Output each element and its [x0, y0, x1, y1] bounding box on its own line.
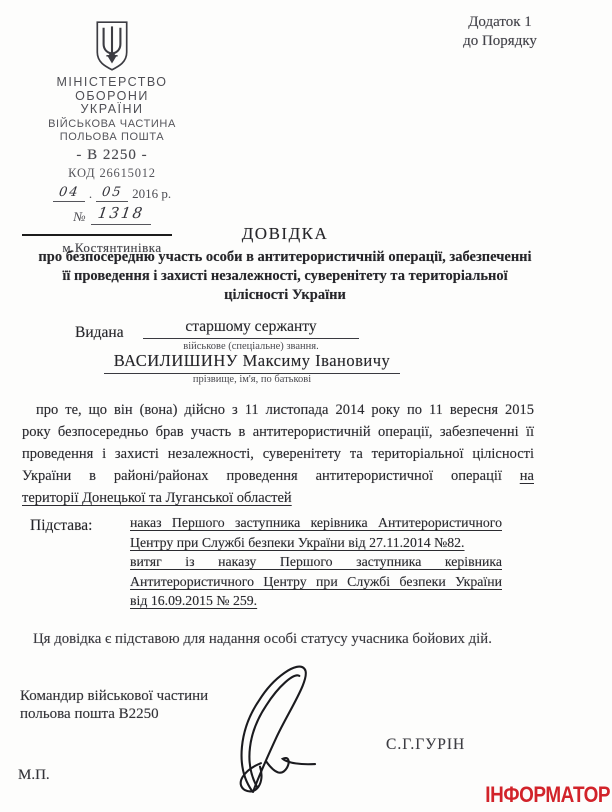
commander-position: Командир військової частини польова пошт…: [20, 688, 208, 723]
basis-line-4: Антитерористичного Центру при Службі без…: [130, 572, 502, 592]
scanned-certificate-document: Додаток 1 до Порядку МІНІСТЕРСТВО ОБОРОН…: [0, 0, 612, 812]
title-subtitle-line-1: про безпосередню участь особи в антитеро…: [4, 248, 566, 267]
unit-number: - В 2250 -: [14, 147, 210, 164]
basis-label: Підстава:: [30, 517, 92, 535]
document-title-block: ДОВІДКА про безпосередню участь особи в …: [4, 224, 566, 305]
handwritten-month: 05: [101, 185, 124, 200]
issue-date-row: 04 . 05 2016 р.: [14, 184, 210, 202]
handwritten-signature: [226, 654, 322, 806]
ministry-name-line-2: ОБОРОНИ: [14, 90, 210, 104]
ukraine-trident-emblem-icon: [91, 20, 133, 72]
commander-position-line-1: Командир військової частини: [20, 688, 208, 706]
basis-block: наказ Першого заступника керівника Антит…: [130, 513, 502, 611]
rank-field: старшому сержанту: [143, 318, 359, 339]
name-caption: прізвище, ім'я, по батькові: [104, 374, 400, 385]
body-line-4-underlined: на: [520, 468, 534, 484]
handwritten-day: 04: [58, 185, 81, 200]
body-line-1: про те, що він (вона) дійсно з 11 листоп…: [22, 399, 534, 421]
ministry-name-line-3: УКРАЇНИ: [14, 103, 210, 117]
body-line-4: України в районі/районах проведення анти…: [22, 465, 534, 487]
date-separator: .: [89, 186, 92, 202]
registration-number-row: № 1318: [14, 204, 210, 225]
printed-year: 2016 р.: [132, 186, 171, 202]
unit-code: КОД 26615012: [14, 166, 210, 181]
title-subtitle-line-3: цілісності України: [4, 286, 566, 305]
commander-position-line-2: польова пошта В2250: [20, 706, 208, 724]
signer-name: С.Г.ГУРІН: [386, 736, 465, 754]
military-unit-stamp: МІНІСТЕРСТВО ОБОРОНИ УКРАЇНИ ВІЙСЬКОВА Ч…: [14, 20, 210, 256]
unit-type-line: ВІЙСЬКОВА ЧАСТИНА: [14, 118, 210, 131]
annex-line-1: Додаток 1: [435, 13, 565, 32]
body-line-5: території Донецької та Луганської област…: [22, 487, 534, 509]
field-post-line: ПОЛЬОВА ПОШТА: [14, 131, 210, 144]
territory-underlined-text: території Донецької та Луганської област…: [22, 490, 292, 506]
document-heading: ДОВІДКА: [4, 224, 566, 244]
body-paragraph: про те, що він (вона) дійсно з 11 листоп…: [22, 399, 534, 509]
seal-placeholder: М.П.: [18, 767, 50, 784]
recipient-name-field: ВАСИЛИШИНУ Максиму Івановичу: [104, 351, 400, 374]
body-line-3: проведення і захисті незалежності, сувер…: [22, 443, 534, 465]
title-subtitle-line-2: її проведення і захисті незалежності, су…: [4, 267, 566, 286]
issued-label: Видана: [75, 324, 124, 342]
ministry-name-line-1: МІНІСТЕРСТВО: [14, 76, 210, 90]
basis-line-5: від 16.09.2015 № 259.: [130, 591, 502, 611]
annex-line-2: до Порядку: [435, 32, 565, 51]
body-line-2: року безпосередньо брав участь в антитер…: [22, 421, 534, 443]
annex-reference: Додаток 1 до Порядку: [435, 13, 565, 51]
basis-line-2: Центру при Службі безпеки України від 27…: [130, 533, 502, 553]
basis-line-3: витяг із наказу Першого заступника керів…: [130, 552, 502, 572]
closing-statement: Ця довідка є підставою для надання особі…: [33, 631, 553, 648]
informator-watermark: ІНФОРМАТОР: [485, 782, 610, 808]
handwritten-reg-number: 1318: [96, 204, 145, 222]
number-sign-label: №: [73, 209, 85, 225]
body-line-4-text: України в районі/районах проведення анти…: [22, 468, 502, 484]
basis-line-1: наказ Першого заступника керівника Антит…: [130, 513, 502, 533]
